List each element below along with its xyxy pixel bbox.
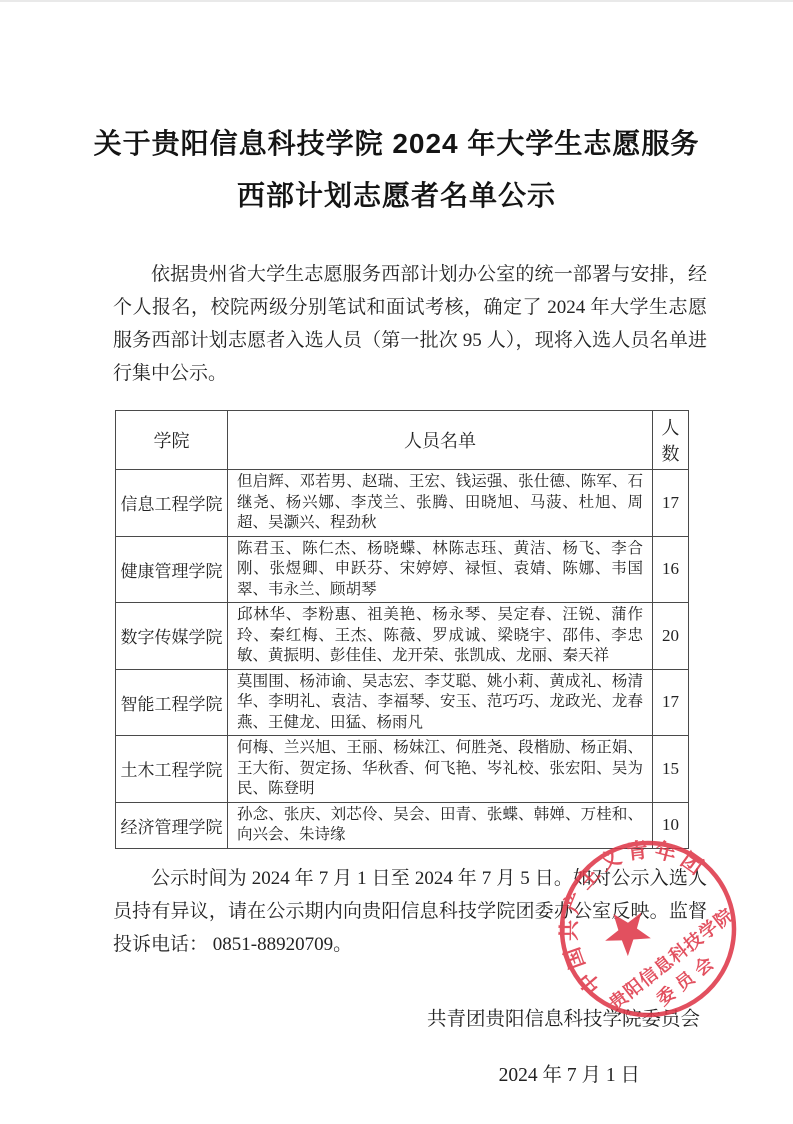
headcount: 17: [653, 470, 689, 537]
headcount: 10: [653, 802, 689, 848]
column-header-college: 学院: [116, 411, 228, 470]
table-row: 信息工程学院 但启辉、邓若男、赵瑞、王宏、钱运强、张仕德、陈军、石继尧、杨兴娜、…: [116, 470, 689, 537]
table-header-row: 学院 人员名单 人数: [116, 411, 689, 470]
notice-document: 关于贵阳信息科技学院 2024 年大学生志愿服务 西部计划志愿者名单公示 依据贵…: [0, 0, 793, 1124]
table-row: 土木工程学院 何梅、兰兴旭、王丽、杨妹江、何胜尧、段楷励、杨正娟、王大衔、贺定扬…: [116, 736, 689, 803]
headcount: 20: [653, 603, 689, 670]
column-header-count: 人数: [653, 411, 689, 470]
table-row: 智能工程学院 莫围围、杨沛谕、吴志宏、李艾聪、姚小莉、黄成礼、杨清华、李明礼、袁…: [116, 669, 689, 736]
college-name: 经济管理学院: [116, 802, 228, 848]
title-line-1: 关于贵阳信息科技学院 2024 年大学生志愿服务: [0, 118, 793, 170]
document-title: 关于贵阳信息科技学院 2024 年大学生志愿服务 西部计划志愿者名单公示: [0, 118, 793, 222]
name-list: 何梅、兰兴旭、王丽、杨妹江、何胜尧、段楷励、杨正娟、王大衔、贺定扬、华秋香、何飞…: [228, 736, 653, 803]
issuer-signature: 共青团贵阳信息科技学院委员会: [0, 1003, 793, 1031]
column-header-names: 人员名单: [228, 411, 653, 470]
college-name: 数字传媒学院: [116, 603, 228, 670]
table-row: 数字传媒学院 邱林华、李粉惠、祖美艳、杨永琴、吴定春、汪锐、蒲作玲、秦红梅、王杰…: [116, 603, 689, 670]
volunteer-roster-table: 学院 人员名单 人数 信息工程学院 但启辉、邓若男、赵瑞、王宏、钱运强、张仕德、…: [115, 410, 689, 849]
table-row: 健康管理学院 陈君玉、陈仁杰、杨晓蝶、林陈志珏、黄洁、杨飞、李合刚、张煜卿、申跃…: [116, 536, 689, 603]
name-list: 邱林华、李粉惠、祖美艳、杨永琴、吴定春、汪锐、蒲作玲、秦红梅、王杰、陈薇、罗成诚…: [228, 603, 653, 670]
college-name: 健康管理学院: [116, 536, 228, 603]
name-list: 莫围围、杨沛谕、吴志宏、李艾聪、姚小莉、黄成礼、杨清华、李明礼、袁洁、李福琴、安…: [228, 669, 653, 736]
name-list: 陈君玉、陈仁杰、杨晓蝶、林陈志珏、黄洁、杨飞、李合刚、张煜卿、申跃芬、宋婷婷、禄…: [228, 536, 653, 603]
college-name: 智能工程学院: [116, 669, 228, 736]
closing-paragraph: 公示时间为 2024 年 7 月 1 日至 2024 年 7 月 5 日。如对公…: [113, 862, 707, 961]
table-row: 经济管理学院 孙念、张庆、刘芯伶、吴会、田青、张蝶、韩婵、万桂和、向兴会、朱诗缘…: [116, 802, 689, 848]
college-name: 土木工程学院: [116, 736, 228, 803]
intro-paragraph: 依据贵州省大学生志愿服务西部计划办公室的统一部署与安排，经个人报名，校院两级分别…: [113, 258, 707, 390]
issue-date: 2024 年 7 月 1 日: [0, 1059, 793, 1087]
title-line-2: 西部计划志愿者名单公示: [0, 170, 793, 222]
name-list: 但启辉、邓若男、赵瑞、王宏、钱运强、张仕德、陈军、石继尧、杨兴娜、李茂兰、张腾、…: [228, 470, 653, 537]
headcount: 17: [653, 669, 689, 736]
headcount: 15: [653, 736, 689, 803]
college-name: 信息工程学院: [116, 470, 228, 537]
name-list: 孙念、张庆、刘芯伶、吴会、田青、张蝶、韩婵、万桂和、向兴会、朱诗缘: [228, 802, 653, 848]
headcount: 16: [653, 536, 689, 603]
